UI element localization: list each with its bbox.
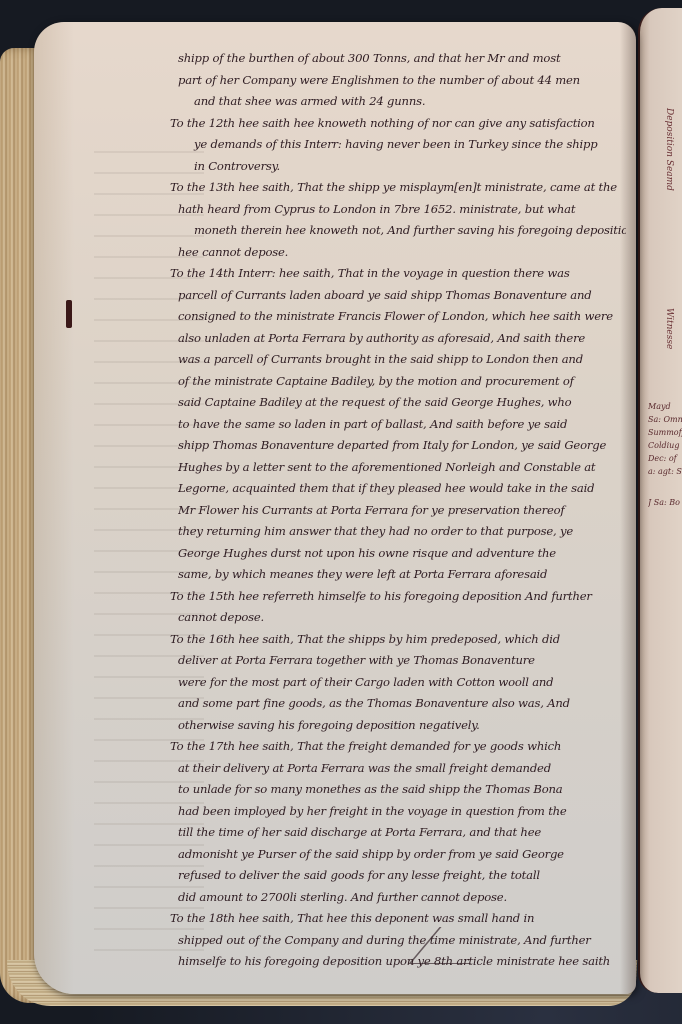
margin-note: Sa: Omn [648,413,682,426]
text-line: Legorne, acquainted them that if they pl… [178,478,626,500]
margin-note: Coldiug [648,439,682,452]
text-line: said Captaine Badiley at the request of … [178,392,626,414]
text-line: same, by which meanes they were left at … [178,564,626,586]
text-line: deliver at Porta Ferrara together with y… [178,650,626,672]
text-line: had been imployed by her freight in the … [178,801,626,823]
text-line: till the time of her said discharge at P… [178,822,626,844]
article-heading-line: To the 13th hee saith, That the shipp ye… [170,177,626,199]
margin-note: Dec: of [648,452,682,465]
text-line: to unlade for so many monethes as the sa… [178,779,626,801]
text-line: of the ministrate Captaine Badiley, by t… [178,371,626,393]
article-heading-line: To the 16th hee saith, That the shipps b… [170,629,626,651]
text-line: refused to deliver the said goods for an… [178,865,626,887]
ink-stain [66,300,72,328]
margin-note: Mayd [648,400,682,413]
text-line: at their delivery at Porta Ferrara was t… [178,758,626,780]
margin-note: a: agt: Sa [648,465,682,478]
text-line: cannot depose. [178,607,626,629]
text-line: was a parcell of Currants brought in the… [178,349,626,371]
article-heading-line: To the 18th hee saith, That hee this dep… [170,908,626,930]
text-line: to have the same so laden in part of bal… [178,414,626,436]
text-line: George Hughes durst not upon his owne ri… [178,543,626,565]
text-line: in Controversy. [178,156,626,178]
text-line: also unladen at Porta Ferrara by authori… [178,328,626,350]
margin-note: J Sa: Bo [648,496,682,509]
facing-page: Deposition Seamd Witnesse Mayd Sa: Omn S… [638,8,682,993]
text-line: parcell of Currants laden aboard ye said… [178,285,626,307]
text-line: admonisht ye Purser of the said shipp by… [178,844,626,866]
handwritten-text: shipp of the burthen of about 300 Tonns,… [178,48,626,973]
text-line: himselfe to his foregoing deposition upo… [178,951,626,973]
text-line: hath heard from Cyprus to London in 7bre… [178,199,626,221]
margin-note-list: Mayd Sa: Omn Summoff Coldiug Dec: of a: … [648,400,682,509]
text-line: moneth therein hee knoweth not, And furt… [178,220,626,242]
text-line: and some part fine goods, as the Thomas … [178,693,626,715]
text-line: and that shee was armed with 24 gunns. [178,91,626,113]
text-line: Mr Flower his Currants at Porta Ferrara … [178,500,626,522]
text-line: ye demands of this Interr: having never … [178,134,626,156]
margin-note-top: Deposition Seamd [662,108,675,191]
text-line: otherwise saving his foregoing depositio… [178,715,626,737]
article-heading-line: To the 14th Interr: hee saith, That in t… [170,263,626,285]
article-heading-line: To the 15th hee referreth himselfe to hi… [170,586,626,608]
article-heading-line: To the 12th hee saith hee knoweth nothin… [170,113,626,135]
margin-note-mid: Witnesse [662,308,675,349]
margin-note: Summoff [648,426,682,439]
text-line: consigned to the ministrate Francis Flow… [178,306,626,328]
text-line: were for the most part of their Cargo la… [178,672,626,694]
text-line: Hughes by a letter sent to the aforement… [178,457,626,479]
text-line: shipp of the burthen of about 300 Tonns,… [178,48,626,70]
text-line: shipped out of the Company and during th… [178,930,626,952]
text-line: part of her Company were Englishmen to t… [178,70,626,92]
text-line: hee cannot depose. [178,242,626,264]
text-line: did amount to 2700li sterling. And furth… [178,887,626,909]
text-line: shipp Thomas Bonaventure departed from I… [178,435,626,457]
article-heading-line: To the 17th hee saith, That the freight … [170,736,626,758]
facing-page-notes: Deposition Seamd Witnesse Mayd Sa: Omn S… [644,8,682,993]
text-line: they returning him answer that they had … [178,521,626,543]
